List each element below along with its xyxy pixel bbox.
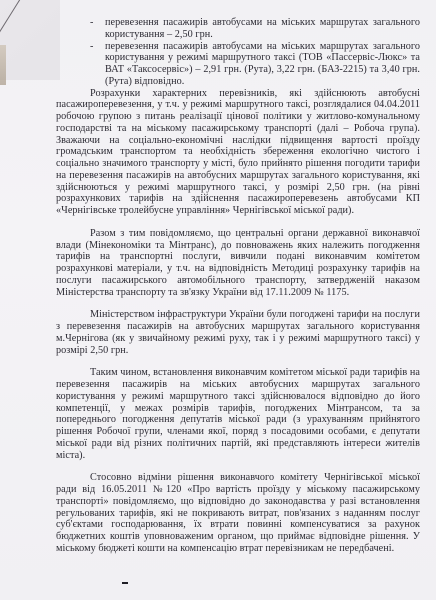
- background-surface-strip: [0, 45, 6, 85]
- paragraph-gap: [56, 298, 420, 309]
- paragraph-gap: [56, 217, 420, 228]
- document-body: - перевезення пасажирів автобусами на мі…: [56, 17, 420, 555]
- bullet-item: - перевезення пасажирів автобусами на мі…: [56, 17, 420, 41]
- paragraph-conclusion: Таким чином, встановлення виконавчим ком…: [56, 367, 420, 461]
- paragraph-calculations: Розрахунки характерних перевізників, які…: [56, 88, 420, 217]
- bullet-text: перевезення пасажирів автобусами на місь…: [105, 17, 420, 40]
- paragraph-ministry-approval: Міністерством інфраструктури України бул…: [56, 309, 420, 356]
- footer-dash-mark: [122, 582, 128, 584]
- paragraph-gap: [56, 461, 420, 472]
- paragraph-gap: [56, 356, 420, 367]
- paragraph-central-authorities: Разом з тим повідомляємо, що центральні …: [56, 228, 420, 299]
- bullet-dash-icon: -: [90, 41, 93, 53]
- folded-corner: [0, 0, 60, 80]
- bullet-item: - перевезення пасажирів автобусами на мі…: [56, 41, 420, 88]
- bullet-dash-icon: -: [90, 17, 93, 29]
- scanned-page: - перевезення пасажирів автобусами на мі…: [0, 0, 436, 600]
- paragraph-cancellation: Стосовно відміни рішення виконавчого ком…: [56, 472, 420, 554]
- bullet-text: перевезення пасажирів автобусами на місь…: [105, 41, 420, 87]
- corner-underlay: [0, 0, 60, 80]
